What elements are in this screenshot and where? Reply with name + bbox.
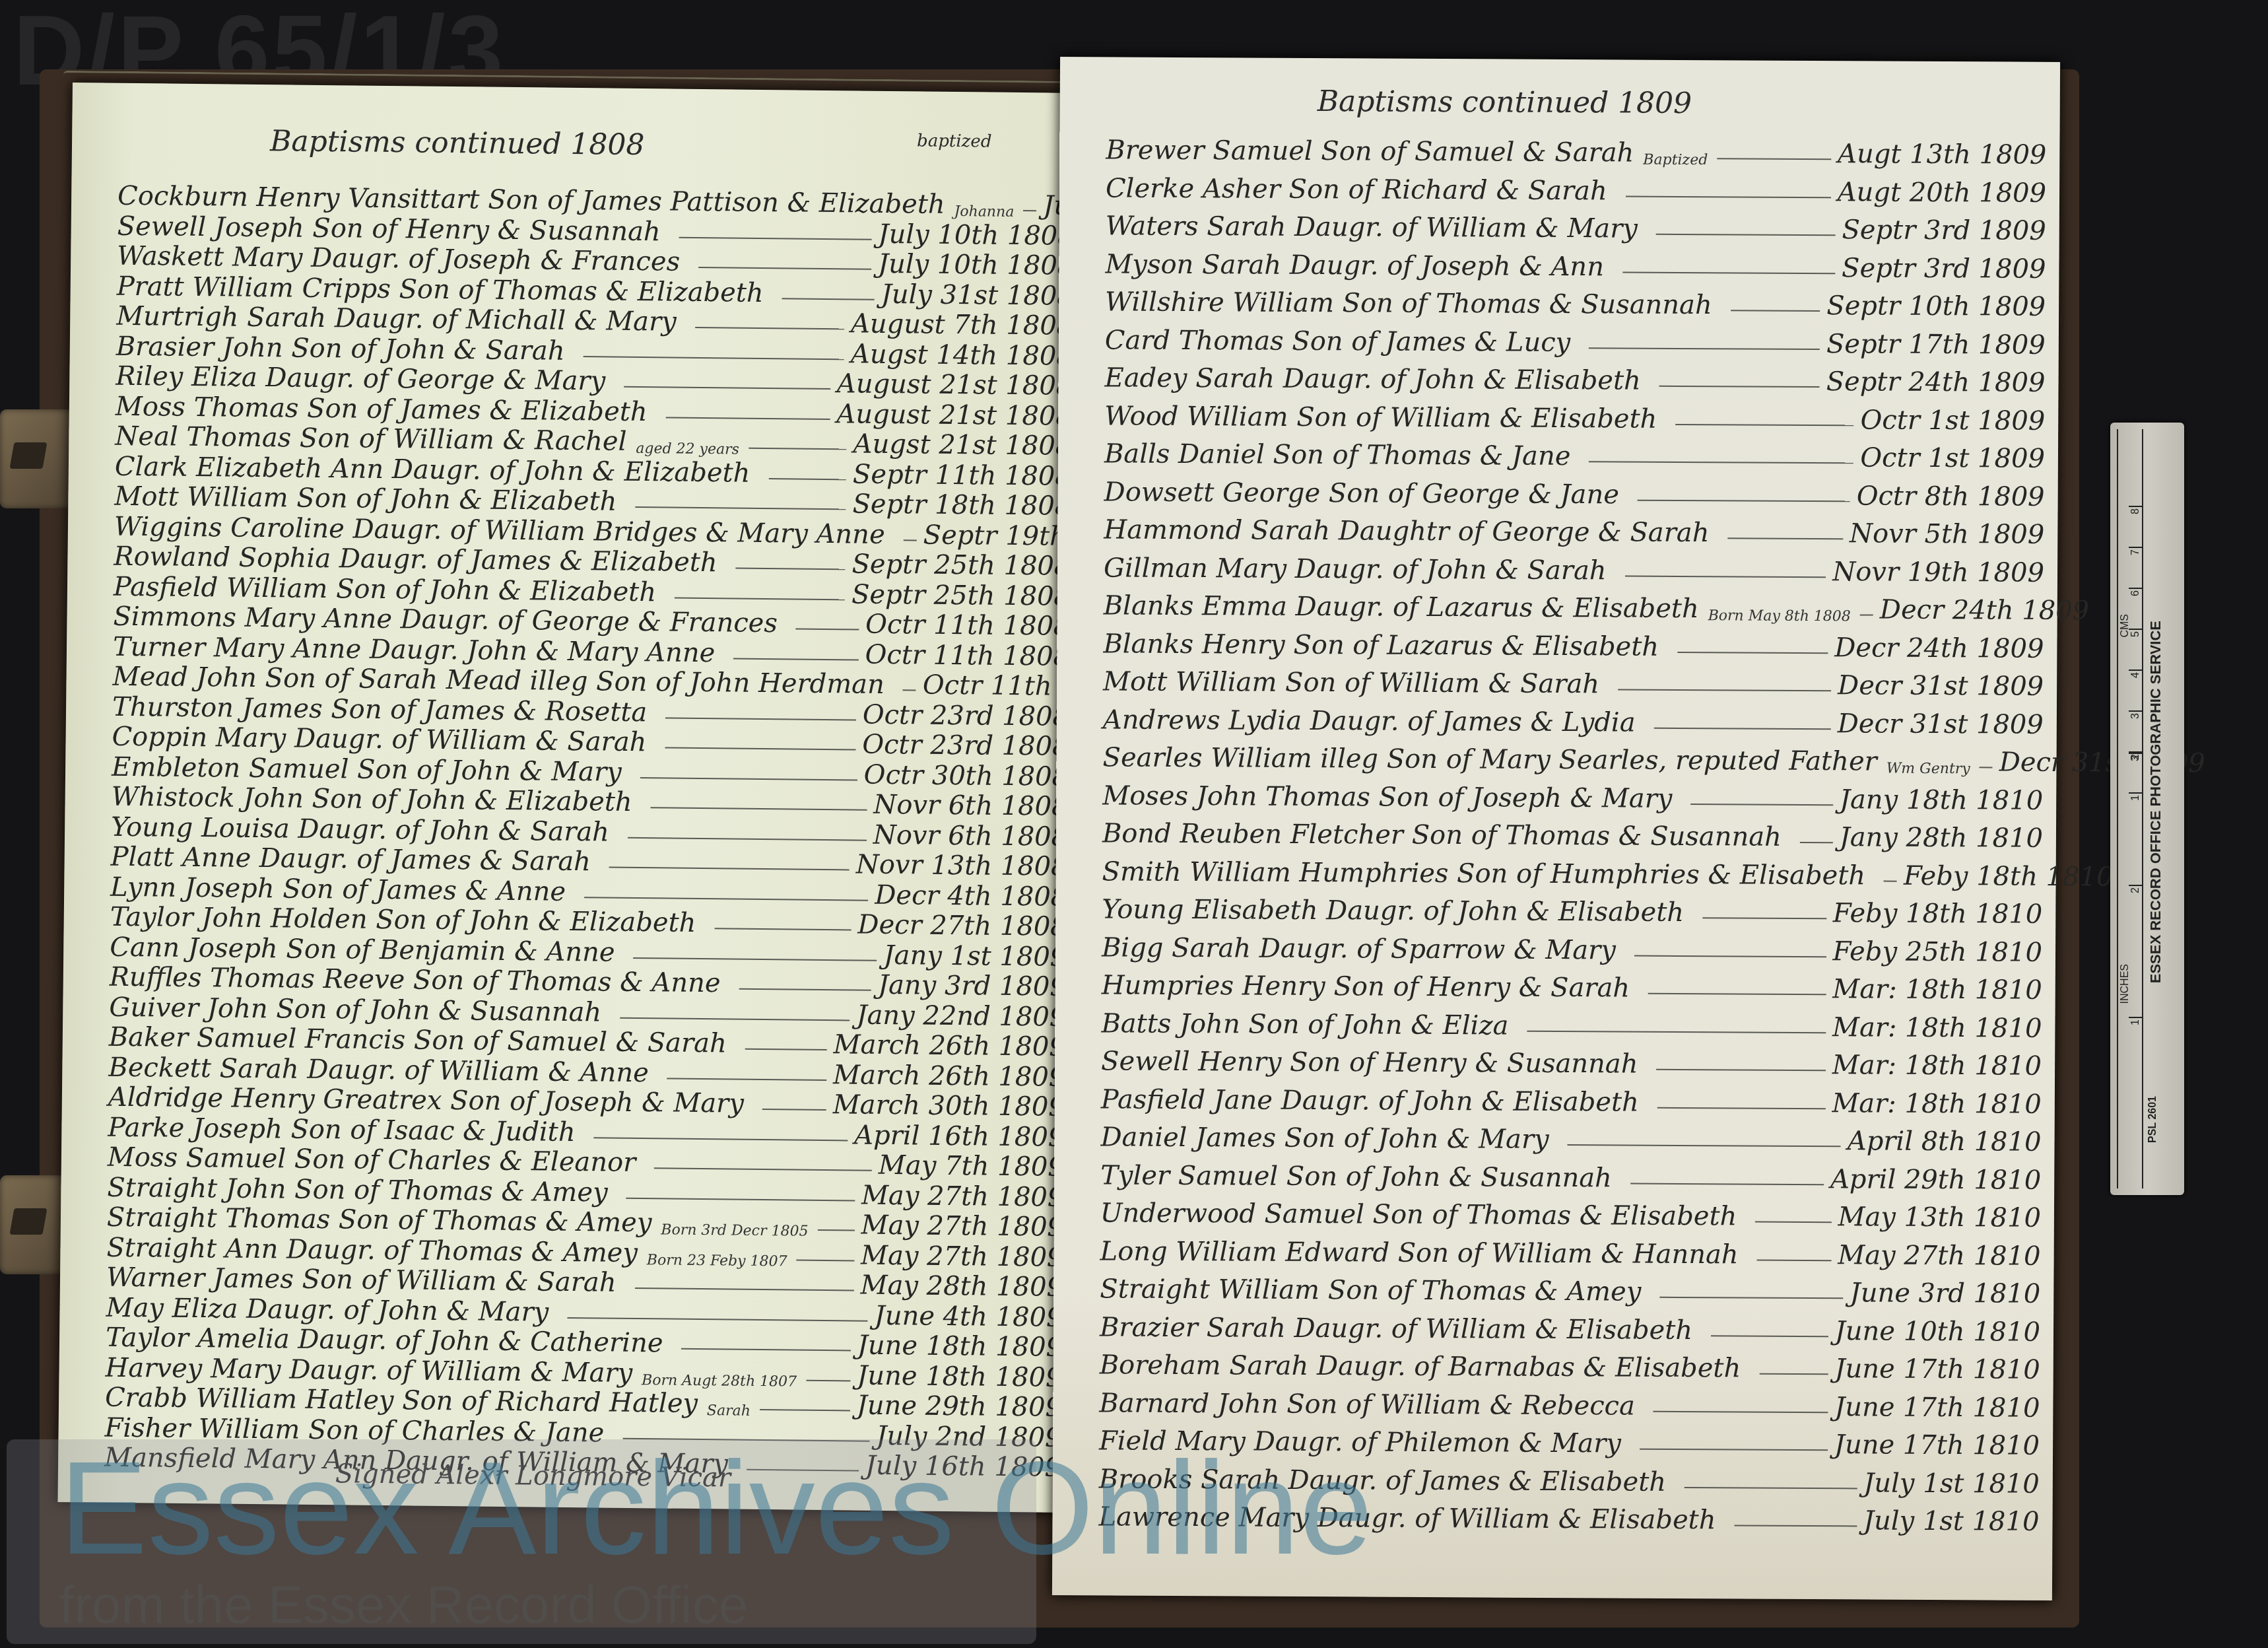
left-page: Baptisms continued 1808 baptized Cockbur… <box>57 83 1088 1513</box>
entry-leader-line <box>1755 1221 1831 1223</box>
entry-leader-line <box>1589 347 1820 350</box>
entry-leader-line <box>1656 1069 1825 1071</box>
entry-leader-line <box>1659 386 1820 388</box>
entry-leader-line <box>1654 727 1831 729</box>
entry-leader-line <box>1717 158 1831 160</box>
entry-leader-line <box>1659 1297 1843 1299</box>
entry-leader-line <box>1653 1410 1828 1412</box>
ruler-tick <box>2129 885 2142 886</box>
entry-leader-line <box>1626 195 1831 198</box>
entry-leader-line <box>1640 1449 1828 1451</box>
entry-leader-line <box>1734 1525 1857 1527</box>
entry-leader-line <box>1727 537 1843 539</box>
ruler-tick <box>2129 547 2142 548</box>
entry-leader-line <box>1757 1259 1832 1261</box>
entry-leader-line <box>1634 955 1826 957</box>
entry-date: July 1st 1810 <box>1863 1505 2040 1536</box>
entry-leader-line <box>1684 1487 1857 1489</box>
ruler-code: PSL 2601 <box>2147 1096 2180 1143</box>
entry-leader-line <box>1759 1373 1828 1375</box>
ruler-number: 8 <box>2130 508 2142 514</box>
entry-leader-line <box>1860 614 1873 615</box>
clasp-upper <box>0 409 79 508</box>
ruler-tick <box>2129 792 2142 794</box>
ruler-number: 3 <box>2130 713 2142 719</box>
entry-leader-line <box>1589 461 1853 463</box>
entry-leader-line <box>1625 575 1826 578</box>
right-page-heading: Baptisms continued 1809 <box>1317 85 1692 120</box>
ruler-number: 3 <box>2130 755 2142 761</box>
watermark-title: Essex Archives Online <box>59 1433 1373 1585</box>
ruler-tick <box>2129 710 2142 712</box>
entry-leader-line <box>1711 1335 1828 1337</box>
entry-leader-line <box>1731 310 1820 312</box>
entry-leader-line <box>1568 1144 1841 1147</box>
entry-leader-line <box>1618 689 1831 691</box>
ruler-number: 5 <box>2130 631 2142 637</box>
ruler-number: 1 <box>2130 795 2142 801</box>
ruler-number: 7 <box>2130 549 2142 555</box>
ruler-tick <box>2129 629 2142 630</box>
entry-leader-line <box>1622 271 1835 274</box>
entry-leader-line <box>1677 651 1828 653</box>
ruler-tick <box>2129 1017 2142 1018</box>
entry-leader-line <box>1630 1183 1824 1185</box>
ruler-tick <box>2129 753 2142 754</box>
ruler-number: 2 <box>2130 887 2142 893</box>
watermark-subtitle: from the Essex Record Office <box>59 1575 748 1635</box>
entry-leader-line <box>1675 423 1853 425</box>
right-entries-list: Brewer Samuel Son of Samuel & SarahBapti… <box>1060 57 2060 62</box>
entry-leader-line <box>1702 917 1826 919</box>
ruler-number: 1 <box>2130 1019 2142 1025</box>
ruler-tick <box>2129 506 2142 507</box>
entry-leader-line <box>1690 804 1833 806</box>
ruler-text: ESSEX RECORD OFFICE PHOTOGRAPHIC SERVICE <box>2147 621 2180 983</box>
ruler-number: 6 <box>2130 590 2142 596</box>
entry-leader-line <box>1884 880 1897 881</box>
clasp-hole <box>9 442 47 469</box>
right-page: Baptisms continued 1809 Brewer Samuel So… <box>1052 57 2060 1600</box>
ruler-tick <box>2129 588 2142 589</box>
ruler-inches-label: INCHES <box>2119 964 2131 1004</box>
ruler-edge <box>2117 429 2118 1188</box>
archive-watermark: Essex Archives Online from the Essex Rec… <box>7 1439 1036 1644</box>
clasp-hole <box>9 1208 47 1235</box>
scale-ruler: CMS INCHES ESSEX RECORD OFFICE PHOTOGRAP… <box>2110 423 2184 1195</box>
entry-leader-line <box>1527 1030 1826 1033</box>
ruler-tick <box>2129 669 2142 671</box>
entry-leader-line <box>1800 842 1833 843</box>
entry-leader-line <box>1656 234 1835 236</box>
entry-leader-line <box>1980 767 1993 768</box>
column-note: baptized <box>917 131 992 151</box>
ruler-number: 4 <box>2130 672 2142 678</box>
entry-leader-line <box>1648 993 1826 995</box>
entry-leader-line <box>1638 499 1850 502</box>
entry-leader-line <box>1657 1107 1826 1109</box>
ruler-scale-line <box>2142 429 2143 1188</box>
left-page-heading: Baptisms continued 1808 <box>270 124 645 162</box>
